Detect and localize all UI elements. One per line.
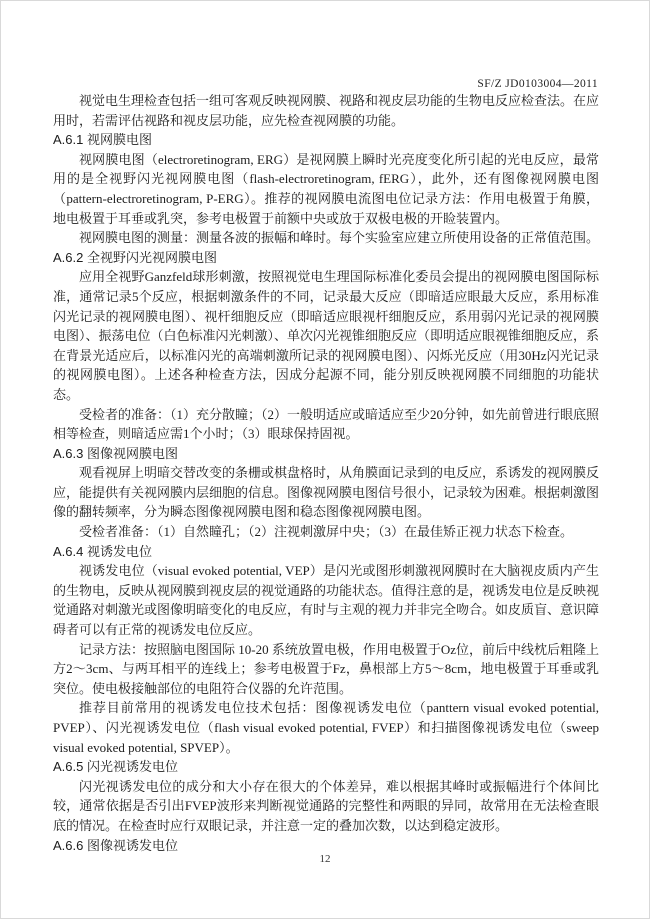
paragraph: 观看视屏上明暗交替改变的条栅或棋盘格时，从角膜面记录到的电反应，系诱发的视网膜反… <box>53 463 599 522</box>
section-heading: A.6.3 图像视网膜电图 <box>53 444 599 464</box>
paragraph: 推荐目前常用的视诱发电位技术包括：图像视诱发电位（panttern visual… <box>53 698 599 757</box>
paragraph: 应用全视野Ganzfeld球形刺激，按照视觉电生理国际标准化委员会提出的视网膜电… <box>53 267 599 404</box>
paragraph: 视诱发电位（visual evoked potential, VEP）是闪光或图… <box>53 561 599 639</box>
section-heading: A.6.4 视诱发电位 <box>53 542 599 562</box>
paragraph: 视网膜电图（electroretinogram, ERG）是视网膜上瞬时光亮度变… <box>53 150 599 228</box>
paragraph: 记录方法：按照脑电图国际 10-20 系统放置电极，作用电极置于Oz位，前后中线… <box>53 640 599 699</box>
document-body: 视觉电生理检查包括一组可客观反映视网膜、视路和视皮层功能的生物电反应检查法。在应… <box>53 91 599 855</box>
standard-doc-number: SF/Z JD0103004—2011 <box>477 78 598 90</box>
section-heading: A.6.2 全视野闪光视网膜电图 <box>53 248 599 268</box>
page-number: 12 <box>1 853 649 865</box>
paragraph: 视觉电生理检查包括一组可客观反映视网膜、视路和视皮层功能的生物电反应检查法。在应… <box>53 91 599 130</box>
section-heading: A.6.5 闪光视诱发电位 <box>53 757 599 777</box>
paragraph: 闪光视诱发电位的成分和大小存在很大的个体差异，难以根据其峰时或振幅进行个体间比较… <box>53 777 599 836</box>
paragraph: 受检者准备：（1）自然瞳孔；（2）注视刺激屏中央；（3）在最佳矫正视力状态下检查… <box>53 522 599 542</box>
paragraph: 视网膜电图的测量：测量各波的振幅和峰时。每个实验室应建立所使用设备的正常值范围。 <box>53 228 599 248</box>
section-heading: A.6.1 视网膜电图 <box>53 130 599 150</box>
paragraph: 受检者的准备：（1）充分散瞳；（2）一般明适应或暗适应至少20分钟，如先前曾进行… <box>53 405 599 444</box>
document-page: SF/Z JD0103004—2011 视觉电生理检查包括一组可客观反映视网膜、… <box>0 0 650 919</box>
